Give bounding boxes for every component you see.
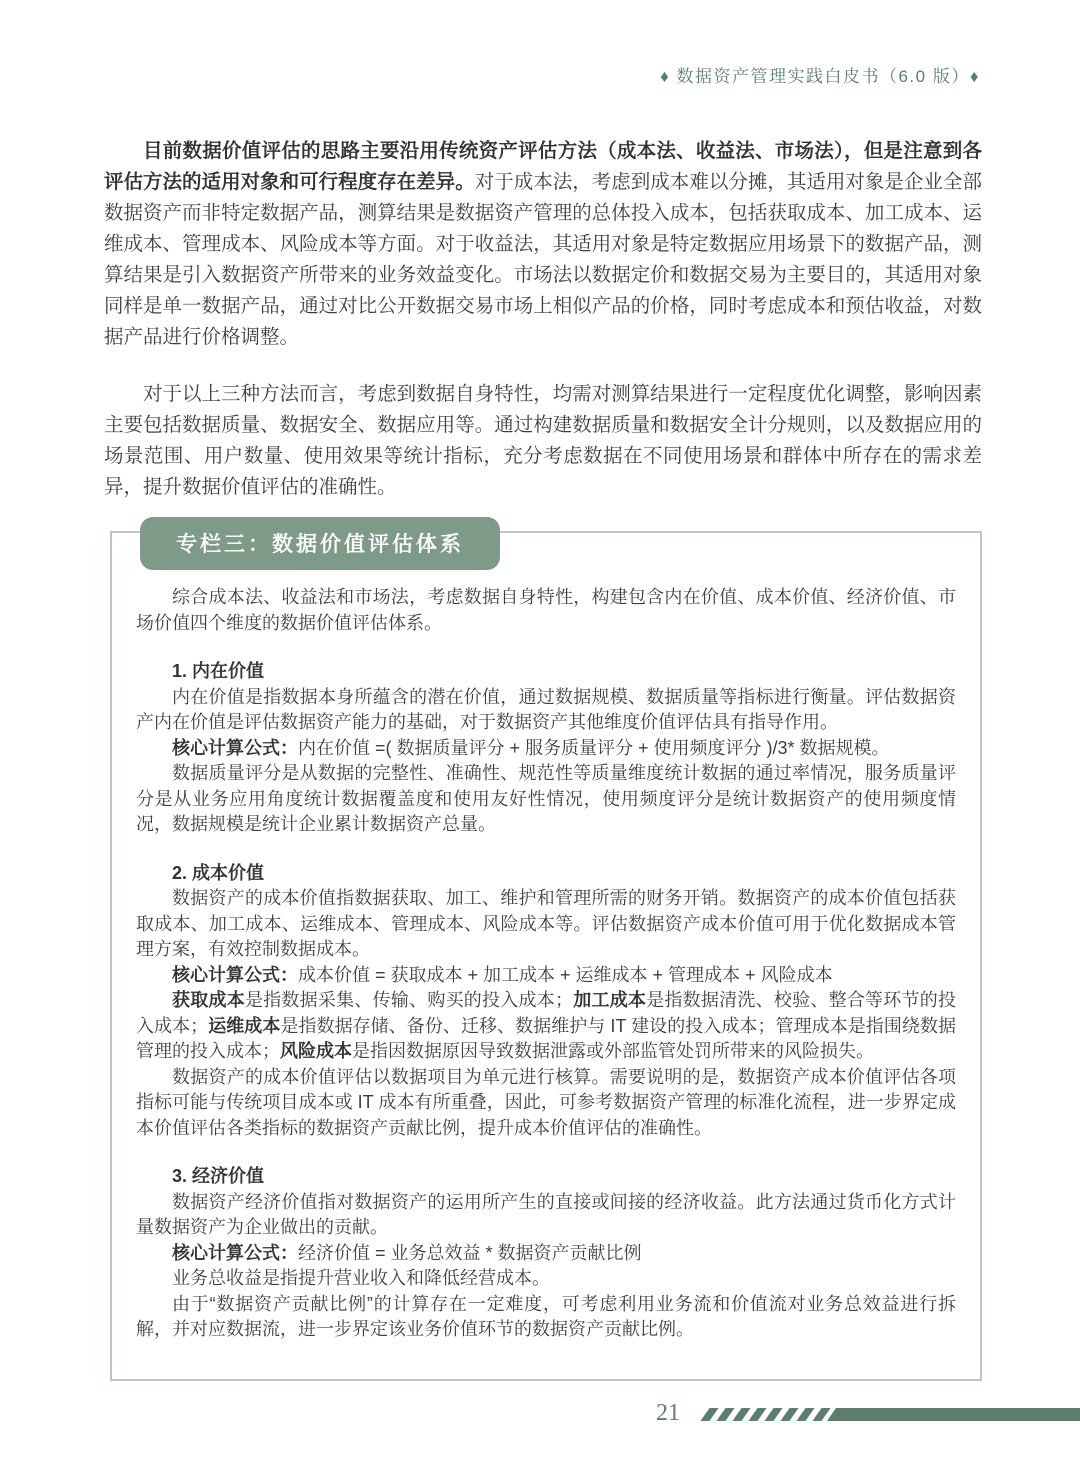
formula-label: 核心计算公式： <box>172 738 298 758</box>
panel-title-badge: 专栏三：数据价值评估体系 <box>140 517 500 570</box>
formula-text: 成本价值 = 获取成本 + 加工成本 + 运维成本 + 管理成本 + 风险成本 <box>298 965 833 985</box>
cost-term-desc: 是指数据采集、传输、购买的投入成本； <box>245 990 573 1010</box>
formula-text: 内在价值 =( 数据质量评分 + 服务质量评分 + 使用频度评分 )/3* 数据… <box>298 738 890 758</box>
section-economic-value: 3. 经济价值 数据资产经济价值指对数据资产的运用所产生的直接或间接的经济收益。… <box>136 1164 956 1343</box>
section-paragraph: 内在价值是指数据本身所蕴含的潜在价值，通过数据规模、数据质量等指标进行衡量。评估… <box>136 685 956 736</box>
section-heading: 2. 成本价值 <box>136 861 956 887</box>
section-paragraph: 数据质量评分是从数据的完整性、准确性、规范性等质量维度统计数据的通过率情况，服务… <box>136 761 956 838</box>
cost-term: 风险成本 <box>280 1041 352 1061</box>
column-panel: 专栏三：数据价值评估体系 综合成本法、收益法和市场法，考虑数据自身特性，构建包含… <box>110 531 982 1381</box>
formula-label: 核心计算公式： <box>172 1243 298 1263</box>
document-title: ♦ 数据资产管理实践白皮书（6.0 版）♦ <box>660 67 980 86</box>
paragraph-optimization: 对于以上三种方法而言，考虑到数据自身特性，均需对测算结果进行一定程度优化调整，影… <box>104 379 982 503</box>
cost-terms-paragraph: 获取成本是指数据采集、传输、购买的投入成本；加工成本是指数据清洗、校验、整合等环… <box>136 988 956 1065</box>
panel-intro: 综合成本法、收益法和市场法，考虑数据自身特性，构建包含内在价值、成本价值、经济价… <box>136 585 956 636</box>
cost-term: 加工成本 <box>573 990 646 1010</box>
section-intrinsic-value: 1. 内在价值 内在价值是指数据本身所蕴含的潜在价值，通过数据规模、数据质量等指… <box>136 659 956 838</box>
panel-title-text: 专栏三：数据价值评估体系 <box>176 533 464 556</box>
paragraph-text: 对于以上三种方法而言，考虑到数据自身特性，均需对测算结果进行一定程度优化调整，影… <box>104 383 982 498</box>
page-number: 21 <box>656 1400 680 1427</box>
footer-stripes-decoration <box>705 1408 833 1421</box>
section-paragraph: 由于“数据资产贡献比例”的计算存在一定难度，可考虑利用业务流和价值流对业务总效益… <box>136 1292 956 1343</box>
cost-term-desc: 是指因数据原因导致数据泄露或外部监管处罚所带来的风险损失。 <box>352 1041 874 1061</box>
section-paragraph: 数据资产的成本价值指数据获取、加工、维护和管理所需的财务开销。数据资产的成本价值… <box>136 886 956 963</box>
section-paragraph: 数据资产经济价值指对数据资产的运用所产生的直接或间接的经济收益。此方法通过货币化… <box>136 1190 956 1241</box>
formula-text: 经济价值 = 业务总效益 * 数据资产贡献比例 <box>298 1243 642 1263</box>
section-paragraph: 数据资产的成本价值评估以数据项目为单元进行核算。需要说明的是，数据资产成本价值评… <box>136 1065 956 1142</box>
section-heading: 3. 经济价值 <box>136 1164 956 1190</box>
page-body: 目前数据价值评估的思路主要沿用传统资产评估方法（成本法、收益法、市场法），但是注… <box>104 136 982 1381</box>
section-paragraph: 业务总收益是指提升营业收入和降低经营成本。 <box>136 1266 956 1292</box>
cost-term: 获取成本 <box>172 990 245 1010</box>
section-cost-value: 2. 成本价值 数据资产的成本价值指数据获取、加工、维护和管理所需的财务开销。数… <box>136 861 956 1142</box>
footer-bar-decoration <box>827 1408 1080 1421</box>
formula-line: 核心计算公式：内在价值 =( 数据质量评分 + 服务质量评分 + 使用频度评分 … <box>136 736 956 762</box>
cost-term: 运维成本 <box>208 1016 280 1036</box>
paragraph-text: 对于成本法，考虑到成本难以分摊，其适用对象是企业全部数据资产而非特定数据产品，测… <box>104 171 982 348</box>
section-heading: 1. 内在价值 <box>136 659 956 685</box>
formula-line: 核心计算公式：经济价值 = 业务总效益 * 数据资产贡献比例 <box>136 1241 956 1267</box>
formula-line: 核心计算公式：成本价值 = 获取成本 + 加工成本 + 运维成本 + 管理成本 … <box>136 963 956 989</box>
paragraph-evaluation-methods: 目前数据价值评估的思路主要沿用传统资产评估方法（成本法、收益法、市场法），但是注… <box>104 136 982 353</box>
page-header: ♦ 数据资产管理实践白皮书（6.0 版）♦ <box>660 62 980 87</box>
formula-label: 核心计算公式： <box>172 965 298 985</box>
